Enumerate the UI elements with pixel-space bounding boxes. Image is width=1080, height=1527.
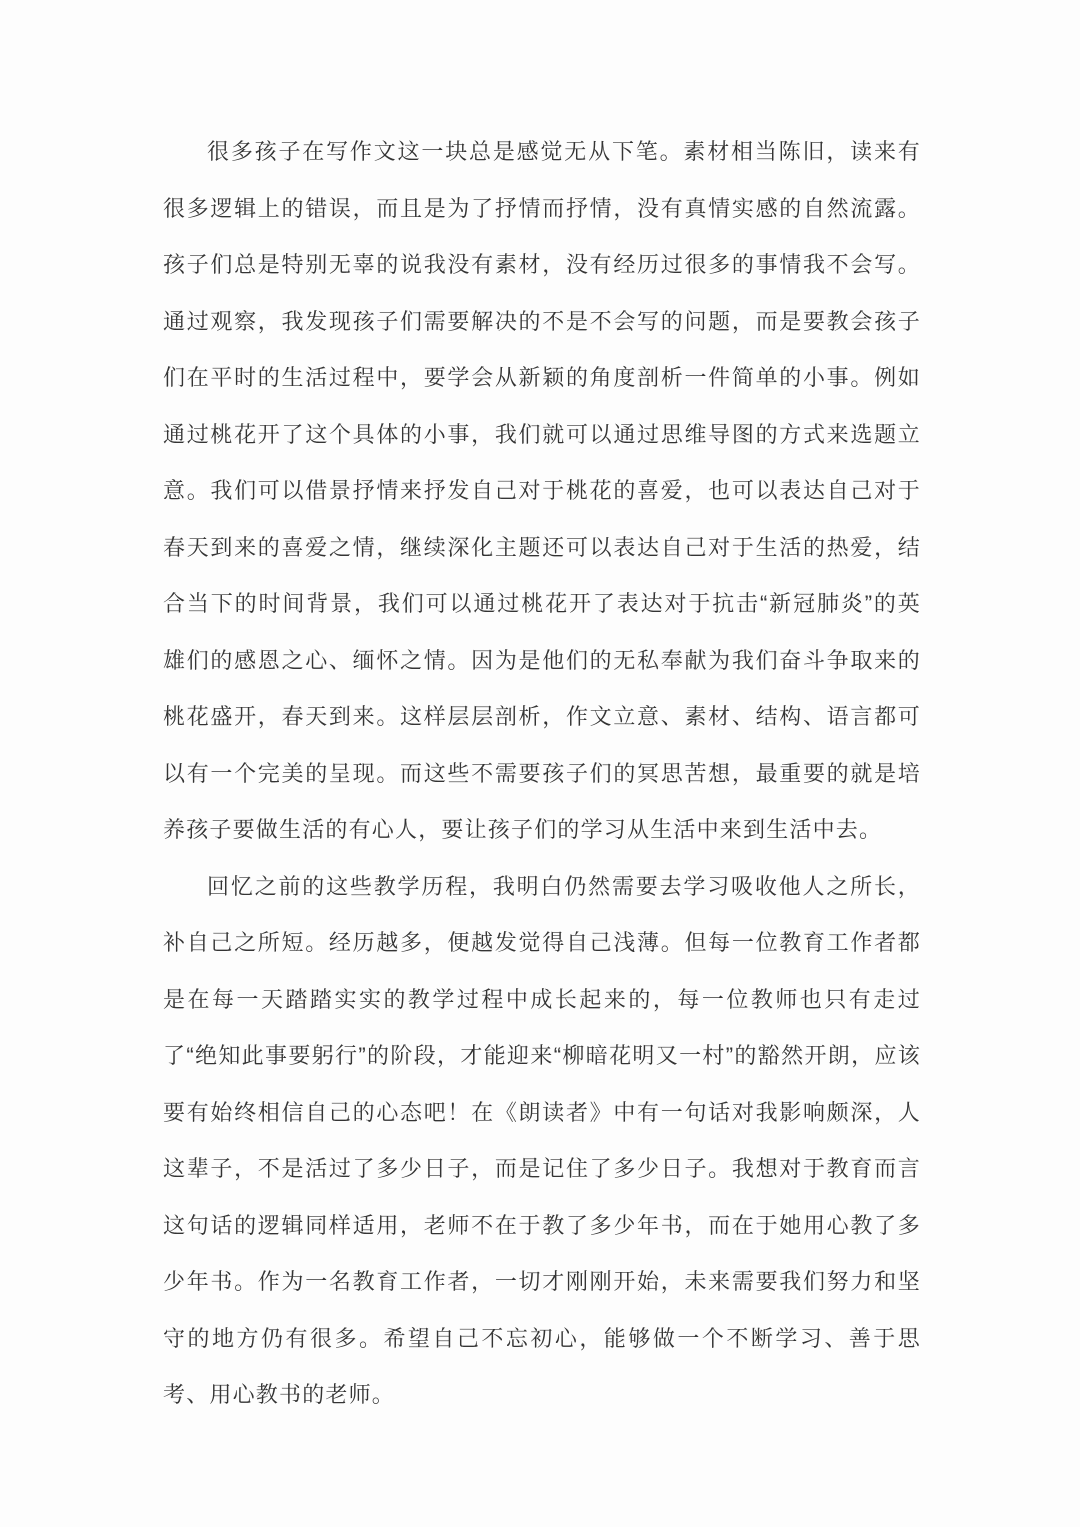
document-page: 很多孩子在写作文这一块总是感觉无从下笔。素材相当陈旧，读来有很多逻辑上的错误，而… [0,0,1080,1527]
essay-body: 很多孩子在写作文这一块总是感觉无从下笔。素材相当陈旧，读来有很多逻辑上的错误，而… [163,124,921,1424]
essay-paragraph-1: 很多孩子在写作文这一块总是感觉无从下笔。素材相当陈旧，读来有很多逻辑上的错误，而… [163,124,921,859]
essay-paragraph-2: 回忆之前的这些教学历程，我明白仍然需要去学习吸收他人之所长，补自己之所短。经历越… [163,859,921,1424]
